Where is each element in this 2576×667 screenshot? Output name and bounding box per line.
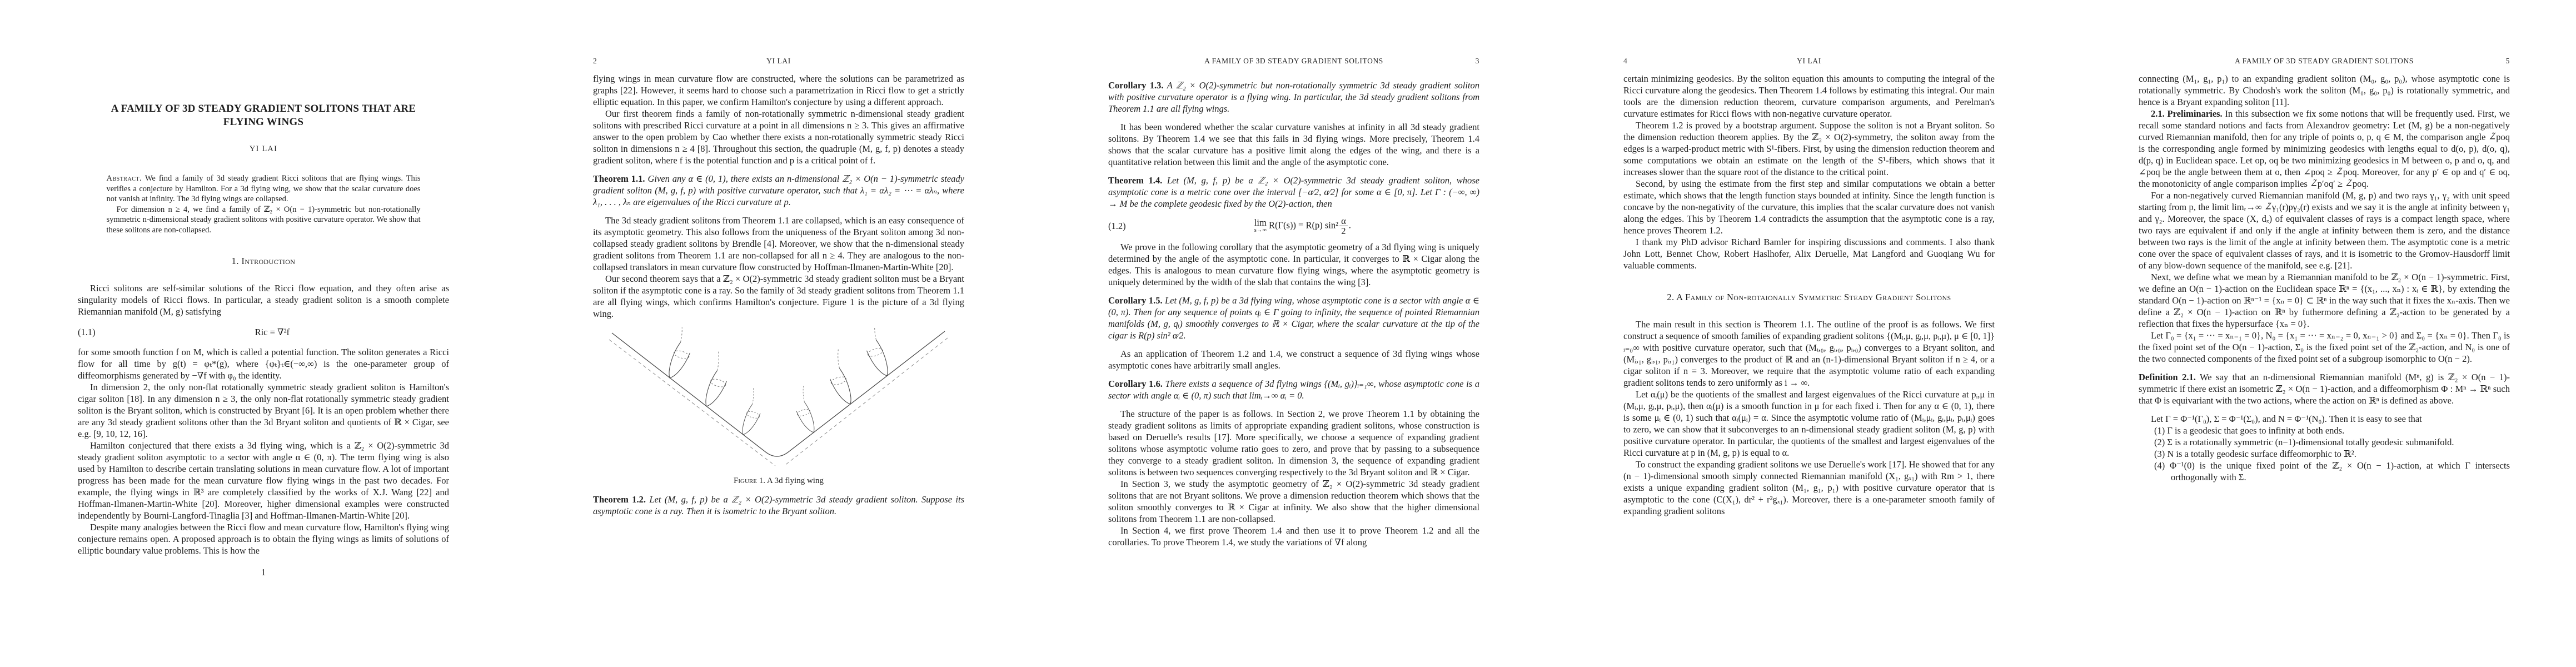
theorem-text: Given any α ∈ (0, 1), there exists an n-… <box>593 173 964 207</box>
paragraph-text: In dimension 2, the only non-flat rotati… <box>78 382 449 439</box>
theorem-label: Corollary 1.3. <box>1108 80 1163 91</box>
header-pagenum-right: 5 <box>2506 57 2510 66</box>
page-content: connecting (M₁, g₁, p₁) to an expanding … <box>2139 73 2510 483</box>
author-name: YI LAI <box>78 143 449 155</box>
list-item: (4) Φ⁻¹(0) is the unique fixed point of … <box>2154 460 2510 483</box>
body-paragraph: 2.1. Preliminaries. In this subsection w… <box>2139 108 2510 190</box>
running-header: 2YI LAI <box>593 57 964 67</box>
header-title: A FAMILY OF 3D STEADY GRADIENT SOLITONS <box>2139 57 2510 66</box>
paragraph-text: For a non-negatively curved Riemannian m… <box>2139 190 2510 271</box>
paragraph-text: I thank my PhD advisor Richard Bamler fo… <box>1623 237 1995 271</box>
theorem-label: Theorem 1.4. <box>1108 175 1162 186</box>
body-paragraph: flying wings in mean curvature flow are … <box>593 73 964 108</box>
paragraph-text: Let Γ = Φ⁻¹(Γ₀), Σ = Φ⁻¹(Σ₀), and N = Φ⁻… <box>2151 414 2422 424</box>
abstract-text: We find a family of 3d steady gradient R… <box>107 174 421 203</box>
body-paragraph: For a non-negatively curved Riemannian m… <box>2139 190 2510 271</box>
paragraph-text: Ricci solitons are self-similar solution… <box>78 283 449 317</box>
theorem-label: Theorem 1.1. <box>593 173 645 184</box>
body-paragraph: for some smooth function f on M, which i… <box>78 346 449 381</box>
body-paragraph: The structure of the paper is as follows… <box>1108 408 1479 478</box>
running-header: A FAMILY OF 3D STEADY GRADIENT SOLITONS5 <box>2139 57 2510 67</box>
page-content: certain minimizing geodesics. By the sol… <box>1623 73 1995 517</box>
theorem-text: There exists a sequence of 3d flying win… <box>1108 379 1479 401</box>
theorem-text: Let (M, g, f, p) be a 3d flying wing, wh… <box>1108 295 1479 341</box>
theorem-text: Let (M, g, f, p) be a ℤ₂ × O(2)-symmetri… <box>593 494 964 516</box>
list-item: (3) N is a totally geodesic surface diff… <box>2154 448 2510 460</box>
abstract-paragraph: For dimension n ≥ 4, we find a family of… <box>107 205 421 236</box>
page-4: 4YI LAIcertain minimizing geodesics. By … <box>1546 0 2061 667</box>
body-paragraph: Our second theorem says that a ℤ₂ × O(2)… <box>593 273 964 320</box>
figure-caption-label: Figure 1. <box>734 476 765 485</box>
figure-caption-text: A 3d flying wing <box>767 476 824 485</box>
body-paragraph: In Section 3, we study the asymptotic ge… <box>1108 478 1479 525</box>
body-paragraph: Let αᵢ(μ) be the quotients of the smalle… <box>1623 389 1995 459</box>
body-paragraph: Let Γ₀ = {x₁ = ⋯ = xₙ₋₁ = 0}, N₀ = {x₁ =… <box>2139 330 2510 365</box>
fraction-numerator: α <box>1339 216 1348 226</box>
paragraph-text: flying wings in mean curvature flow are … <box>593 73 964 107</box>
running-header: 4YI LAI <box>1623 57 1995 67</box>
abstract-label: Abstract. <box>107 174 142 183</box>
display-equation: (1.2)lims→∞ R(Γ(s)) = R(p) sin²α2. <box>1108 216 1479 236</box>
paragraph-text: Let αᵢ(μ) be the quotients of the smalle… <box>1623 389 1995 458</box>
page-number-bottom: 1 <box>78 566 449 578</box>
equation-text: Ric = ∇²f <box>255 327 290 337</box>
body-paragraph: It has been wondered whether the scalar … <box>1108 121 1479 168</box>
paragraph-text: As an application of Theorem 1.2 and 1.4… <box>1108 349 1479 371</box>
header-title: A FAMILY OF 3D STEADY GRADIENT SOLITONS <box>1108 57 1479 66</box>
fraction: α2 <box>1339 216 1348 236</box>
body-paragraph: We prove in the following corollary that… <box>1108 241 1479 288</box>
page-content: flying wings in mean curvature flow are … <box>593 73 964 524</box>
paragraph-text: connecting (M₁, g₁, p₁) to an expanding … <box>2139 73 2510 107</box>
fraction-denominator: 2 <box>1339 226 1348 236</box>
equation-number: (1.2) <box>1108 220 1126 232</box>
equation-body: lims→∞ R(Γ(s)) = R(p) sin²α2. <box>1126 216 1479 236</box>
paragraph-text: The 3d steady gradient solitons from The… <box>593 215 964 272</box>
theorem-label: Theorem 1.2. <box>593 494 646 505</box>
theorem-label: Corollary 1.6. <box>1108 379 1163 389</box>
paragraph-text: Next, we define what we mean by a Rieman… <box>2139 272 2510 329</box>
document-canvas: arXiv:2010.07272v2 [math.DG] 29 Nov 2020… <box>0 0 2576 667</box>
theorem-text: A ℤ₂ × O(2)-symmetric but non-rotational… <box>1108 80 1479 114</box>
abstract-text: For dimension n ≥ 4, we find a family of… <box>107 205 421 235</box>
limit-operator: lims→∞ <box>1254 218 1267 234</box>
figure-1 <box>607 327 950 467</box>
page-3: A FAMILY OF 3D STEADY GRADIENT SOLITONS3… <box>1030 0 1546 667</box>
theorem-block: Theorem 1.2. Let (M, g, f, p) be a ℤ₂ × … <box>593 494 964 517</box>
paragraph-text: Despite many analogies between the Ricci… <box>78 522 449 556</box>
equation-number: (1.1) <box>78 326 96 338</box>
paragraph-text: Theorem 1.2 is proved by a bootstrap arg… <box>1623 120 1995 177</box>
section-heading: 2. A Family of Non-rotaionally Symmetric… <box>1623 291 1995 303</box>
page-content: Corollary 1.3. A ℤ₂ × O(2)-symmetric but… <box>1108 73 1479 548</box>
theorem-label: Definition 2.1. <box>2139 372 2196 382</box>
paragraph-text: In this subsection we fix some notions t… <box>2139 108 2510 189</box>
theorem-block: Corollary 1.3. A ℤ₂ × O(2)-symmetric but… <box>1108 79 1479 115</box>
body-paragraph: Let Γ = Φ⁻¹(Γ₀), Σ = Φ⁻¹(Σ₀), and N = Φ⁻… <box>2139 413 2510 425</box>
paragraph-text: for some smooth function f on M, which i… <box>78 347 449 381</box>
display-equation: (1.1)Ric = ∇²f <box>78 322 449 341</box>
paragraph-text: Second, by using the estimate from the f… <box>1623 178 1995 236</box>
paragraph-text: We prove in the following corollary that… <box>1108 242 1479 287</box>
body-paragraph: Our first theorem finds a family of non-… <box>593 108 964 166</box>
equation-post: . <box>1349 220 1351 231</box>
body-paragraph: Hamilton conjectured that there exists a… <box>78 440 449 521</box>
paragraph-text: Our first theorem finds a family of non-… <box>593 108 964 166</box>
theorem-block: Corollary 1.6. There exists a sequence o… <box>1108 378 1479 401</box>
theorem-block: Definition 2.1. We say that an n-dimensi… <box>2139 371 2510 406</box>
page-5: A FAMILY OF 3D STEADY GRADIENT SOLITONS5… <box>2061 0 2576 667</box>
flying-wing-figure <box>607 327 950 467</box>
page-content: A FAMILY OF 3D STEADY GRADIENT SOLITONS … <box>78 0 449 578</box>
paragraph-text: Our second theorem says that a ℤ₂ × O(2)… <box>593 273 964 319</box>
paragraph-text: The structure of the paper is as follows… <box>1108 409 1479 477</box>
header-title: YI LAI <box>1623 57 1995 66</box>
page-1: A FAMILY OF 3D STEADY GRADIENT SOLITONS … <box>0 0 515 667</box>
paragraph-text: Hamilton conjectured that there exists a… <box>78 440 449 521</box>
page-2: 2YI LAIflying wings in mean curvature fl… <box>515 0 1030 667</box>
theorem-block: Corollary 1.5. Let (M, g, f, p) be a 3d … <box>1108 295 1479 341</box>
equation-text: R(Γ(s)) = R(p) sin² <box>1267 220 1338 231</box>
paragraph-text: In Section 3, we study the asymptotic ge… <box>1108 479 1479 524</box>
body-paragraph: To construct the expanding gradient soli… <box>1623 459 1995 517</box>
limit-subscript: s→∞ <box>1254 228 1267 234</box>
paragraph-text: certain minimizing geodesics. By the sol… <box>1623 73 1995 119</box>
body-paragraph: As an application of Theorem 1.2 and 1.4… <box>1108 348 1479 371</box>
paragraph-text: The main result in this section is Theor… <box>1623 319 1995 388</box>
equation-body: Ric = ∇²f <box>96 326 449 338</box>
header-pagenum-right: 3 <box>1476 57 1479 66</box>
body-paragraph: Second, by using the estimate from the f… <box>1623 178 1995 236</box>
paper-title: A FAMILY OF 3D STEADY GRADIENT SOLITONS … <box>93 102 434 129</box>
body-paragraph: The 3d steady gradient solitons from The… <box>593 215 964 273</box>
body-paragraph: In Section 4, we first prove Theorem 1.4… <box>1108 525 1479 548</box>
running-header: A FAMILY OF 3D STEADY GRADIENT SOLITONS3 <box>1108 57 1479 67</box>
theorem-text: Let (M, g, f, p) be a ℤ₂ × O(2)-symmetri… <box>1108 175 1479 209</box>
list-item: (2) Σ is a rotationally symmetric (n−1)-… <box>2154 436 2510 448</box>
paragraph-text: To construct the expanding gradient soli… <box>1623 459 1995 516</box>
abstract-paragraph: Abstract. We find a family of 3d steady … <box>107 173 421 205</box>
list-item: (1) Γ is a geodesic that goes to infinit… <box>2154 425 2510 436</box>
body-paragraph: Ricci solitons are self-similar solution… <box>78 282 449 317</box>
header-title: YI LAI <box>593 57 964 66</box>
paragraph-text: Let Γ₀ = {x₁ = ⋯ = xₙ₋₁ = 0}, N₀ = {x₁ =… <box>2139 330 2510 364</box>
paragraph-text: It has been wondered whether the scalar … <box>1108 122 1479 167</box>
body-paragraph: Despite many analogies between the Ricci… <box>78 521 449 556</box>
body-paragraph: Theorem 1.2 is proved by a bootstrap arg… <box>1623 120 1995 178</box>
theorem-block: Theorem 1.1. Given any α ∈ (0, 1), there… <box>593 173 964 208</box>
body-paragraph: I thank my PhD advisor Richard Bamler fo… <box>1623 236 1995 271</box>
body-paragraph: connecting (M₁, g₁, p₁) to an expanding … <box>2139 73 2510 108</box>
paragraph-text: In Section 4, we first prove Theorem 1.4… <box>1108 525 1479 547</box>
section-heading: 1. Introduction <box>78 255 449 267</box>
body-paragraph: The main result in this section is Theor… <box>1623 318 1995 389</box>
subsection-heading: 2.1. Preliminaries. <box>2151 108 2223 119</box>
body-paragraph: In dimension 2, the only non-flat rotati… <box>78 381 449 440</box>
body-paragraph: Next, we define what we mean by a Rieman… <box>2139 271 2510 330</box>
body-paragraph: certain minimizing geodesics. By the sol… <box>1623 73 1995 120</box>
theorem-block: Theorem 1.4. Let (M, g, f, p) be a ℤ₂ × … <box>1108 175 1479 210</box>
theorem-label: Corollary 1.5. <box>1108 295 1163 306</box>
figure-caption: Figure 1. A 3d flying wing <box>593 475 964 487</box>
